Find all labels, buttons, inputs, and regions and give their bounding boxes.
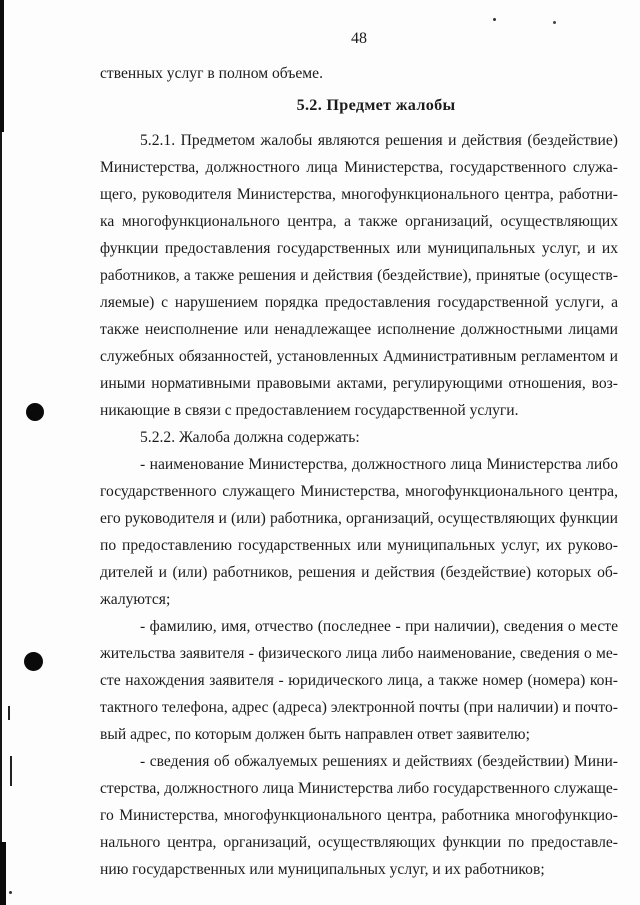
scan-speck xyxy=(9,891,12,894)
text-line: вый адрес, по которым должен быть направ… xyxy=(100,721,618,748)
text-line: его руководителя и (или) работника, орга… xyxy=(100,505,618,532)
text-line: нию государственных или муниципальных ус… xyxy=(100,856,618,883)
text-line: нального центра, организаций, осуществля… xyxy=(100,829,618,856)
text-line: тактного телефона, адрес (адреса) электр… xyxy=(100,694,618,721)
text-line: жительства заявителя - физического лица … xyxy=(100,640,618,667)
scanned-document-page: 48 ственных услуг в полном объеме. 5.2. … xyxy=(0,0,640,905)
text-line: также неисполнение или ненадлежащее испо… xyxy=(100,316,618,343)
text-line: иными нормативными правовыми актами, рег… xyxy=(100,370,618,397)
text-line: - фамилию, имя, отчество (последнее - пр… xyxy=(100,613,618,640)
text-line: дителей и (или) работников, решения и де… xyxy=(100,559,618,586)
text-line: служебных обязанностей, установленных Ад… xyxy=(100,343,618,370)
text-line: 5.2.1. Предметом жалобы являются решения… xyxy=(100,127,618,154)
page-number: 48 xyxy=(100,29,618,49)
body-lines: 5.2.1. Предметом жалобы являются решения… xyxy=(100,127,618,883)
text-line: функции предоставления государственных и… xyxy=(100,235,618,262)
text-line: ка многофункционального центра, а также … xyxy=(100,208,618,235)
text-line: го Министерства, многофункционального це… xyxy=(100,802,618,829)
scan-edge-line-bottom xyxy=(0,842,6,905)
text-line: по предоставлению государственных или му… xyxy=(100,532,618,559)
scan-speck xyxy=(493,18,496,21)
punch-hole-dot xyxy=(24,652,43,671)
scan-edge-line-top xyxy=(0,0,4,132)
paragraph-continuation-line: ственных услуг в полном объеме. xyxy=(100,60,618,87)
text-line: жалуются; xyxy=(100,586,618,613)
text-line: ляемые) с нарушением порядка предоставле… xyxy=(100,289,618,316)
text-line: работников, а также решения и действия (… xyxy=(100,262,618,289)
text-line: сте нахождения заявителя - юридического … xyxy=(100,667,618,694)
scan-mark-stroke xyxy=(10,756,12,786)
text-line: - сведения об обжалуемых решениях и дейс… xyxy=(100,748,618,775)
punch-hole-dot xyxy=(26,403,44,421)
section-heading: 5.2. Предмет жалобы xyxy=(100,92,618,119)
text-line: государственного служащего Министерства,… xyxy=(100,478,618,505)
scan-speck xyxy=(553,21,556,24)
text-line: 5.2.2. Жалоба должна содержать: xyxy=(100,424,618,451)
scan-edge-line-middle xyxy=(0,132,2,844)
text-line: Министерства, должностного лица Министер… xyxy=(100,154,618,181)
text-line: никающие в связи с предоставлением госуд… xyxy=(100,397,618,424)
scan-mark-stroke xyxy=(8,706,10,720)
text-line: - наименование Министерства, должностног… xyxy=(100,451,618,478)
text-line: щего, руководителя Министерства, многофу… xyxy=(100,181,618,208)
text-line: стерства, должностного лица Министерства… xyxy=(100,775,618,802)
